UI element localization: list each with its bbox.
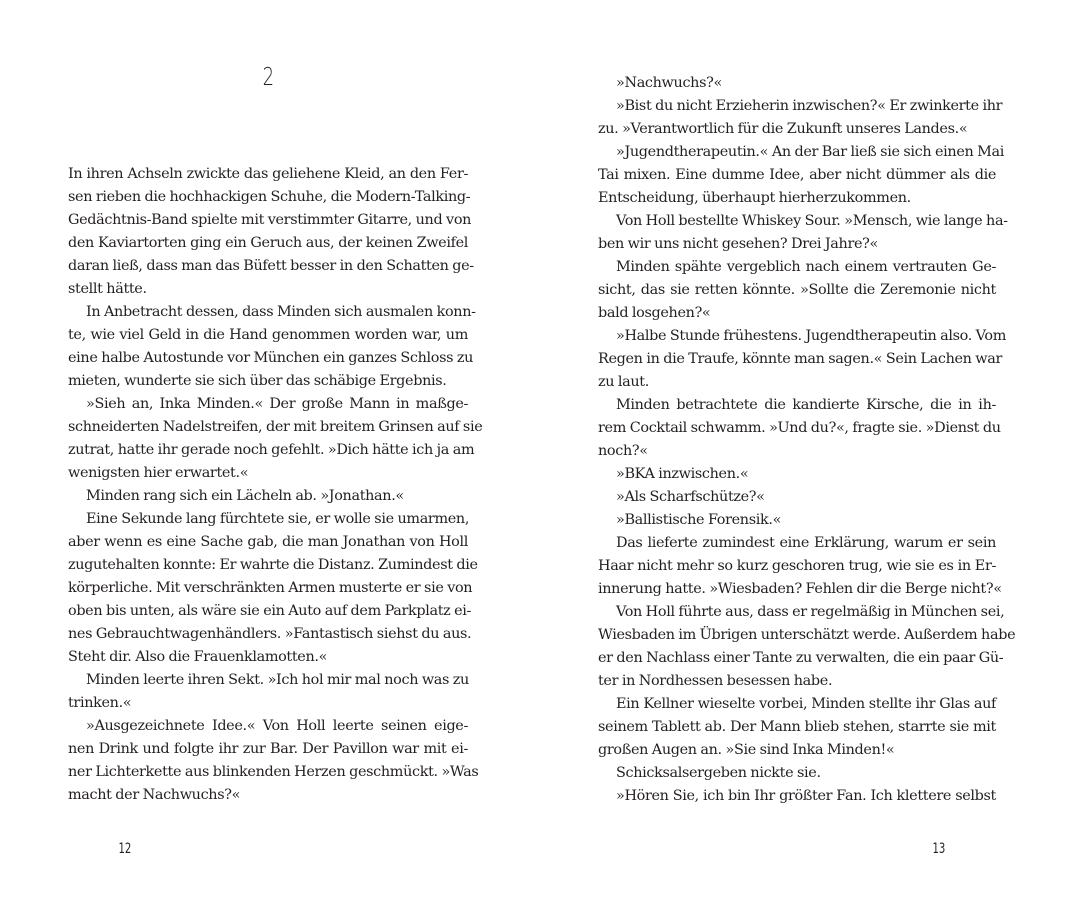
text-line: körperliche. Mit verschränkten Armen mus… — [68, 577, 468, 600]
text-line: oben bis unten, als wäre sie ein Auto au… — [68, 600, 468, 623]
text-line: sen rieben die hochhackigen Schuhe, die … — [68, 186, 468, 209]
text-line: Haar nicht mehr so kurz geschoren trug, … — [598, 555, 996, 578]
text-line: zugutehalten konnte: Er wahrte die Dista… — [68, 554, 468, 577]
text-line: großen Augen an. »Sie sind Inka Minden!« — [598, 739, 996, 762]
text-line: Gedächtnis-Band spielte mit verstimmter … — [68, 209, 468, 232]
text-line: zu. »Verantwortlich für die Zukunft unse… — [598, 118, 996, 141]
text-line: Wiesbaden im Übrigen unterschätzt werde.… — [598, 624, 996, 647]
text-line: noch?« — [598, 440, 996, 463]
text-line: zu laut. — [598, 371, 996, 394]
text-line: macht der Nachwuchs?« — [68, 784, 468, 807]
text-line: Von Holl führte aus, dass er regelmäßig … — [598, 601, 996, 624]
chapter-number: 2 — [258, 62, 278, 91]
text-line: »Ausgezeichnete Idee.« Von Holl leerte s… — [68, 715, 468, 738]
text-line: Eine Sekunde lang fürchtete sie, er woll… — [68, 508, 468, 531]
text-line: ner Lichterkette aus blinkenden Herzen g… — [68, 761, 468, 784]
text-line: Tai mixen. Eine dumme Idee, aber nicht d… — [598, 164, 996, 187]
text-line: »Sieh an, Inka Minden.« Der große Mann i… — [68, 393, 468, 416]
text-line: Von Holl bestellte Whiskey Sour. »Mensch… — [598, 210, 996, 233]
text-line: bald losgehen?« — [598, 302, 996, 325]
text-line: den Kaviartorten ging ein Geruch aus, de… — [68, 232, 468, 255]
text-line: »Hören Sie, ich bin Ihr größter Fan. Ich… — [598, 785, 996, 808]
text-line: daran ließ, dass man das Büfett besser i… — [68, 255, 468, 278]
text-line: innerung hatte. »Wiesbaden? Fehlen dir d… — [598, 578, 996, 601]
text-line: Schicksalsergeben nickte sie. — [598, 762, 996, 785]
text-line: Ein Kellner wieselte vorbei, Minden stel… — [598, 693, 996, 716]
text-line: »Nachwuchs?« — [598, 72, 996, 95]
right-page: »Nachwuchs?«»Bist du nicht Erzieherin in… — [533, 0, 1066, 905]
left-page: 2 In ihren Achseln zwickte das geliehene… — [0, 0, 533, 905]
text-line: Minden betrachtete die kandierte Kirsche… — [598, 394, 996, 417]
text-line: mieten, wunderte sie sich über das schäb… — [68, 370, 468, 393]
text-line: schneiderten Nadelstreifen, der mit brei… — [68, 416, 468, 439]
text-line: Minden spähte vergeblich nach einem vert… — [598, 256, 996, 279]
text-line: rem Cocktail schwamm. »Und du?«, fragte … — [598, 417, 996, 440]
text-line: trinken.« — [68, 692, 468, 715]
text-line: zutrat, hatte ihr gerade noch gefehlt. »… — [68, 439, 468, 462]
text-line: »Bist du nicht Erzieherin inzwischen?« E… — [598, 95, 996, 118]
text-line: seinem Tablett ab. Der Mann blieb stehen… — [598, 716, 996, 739]
text-line: In Anbetracht dessen, dass Minden sich a… — [68, 301, 468, 324]
text-line: Das lieferte zumindest eine Erklärung, w… — [598, 532, 996, 555]
text-line: »Als Scharfschütze?« — [598, 486, 996, 509]
text-line: ben wir uns nicht gesehen? Drei Jahre?« — [598, 233, 996, 256]
left-page-body-text: In ihren Achseln zwickte das geliehene K… — [68, 163, 468, 807]
text-line: ter in Nordhessen besessen habe. — [598, 670, 996, 693]
text-line: In ihren Achseln zwickte das geliehene K… — [68, 163, 468, 186]
text-line: Steht dir. Also die Frauenklamotten.« — [68, 646, 468, 669]
text-line: er den Nachlass einer Tante zu verwalten… — [598, 647, 996, 670]
page-number-left: 12 — [118, 841, 131, 857]
text-line: sicht, das sie retten könnte. »Sollte di… — [598, 279, 996, 302]
text-line: »Jugendtherapeutin.« An der Bar ließ sie… — [598, 141, 996, 164]
text-line: Minden rang sich ein Lächeln ab. »Jonath… — [68, 485, 468, 508]
text-line: wenigsten hier erwartet.« — [68, 462, 468, 485]
text-line: Minden leerte ihren Sekt. »Ich hol mir m… — [68, 669, 468, 692]
text-line: »Halbe Stunde frühestens. Jugendtherapeu… — [598, 325, 996, 348]
right-page-body-text: »Nachwuchs?«»Bist du nicht Erzieherin in… — [598, 72, 996, 808]
text-line: te, wie viel Geld in die Hand genommen w… — [68, 324, 468, 347]
text-line: eine halbe Autostunde vor München ein ga… — [68, 347, 468, 370]
text-line: stellt hätte. — [68, 278, 468, 301]
page-number-right: 13 — [932, 841, 945, 857]
text-line: »BKA inzwischen.« — [598, 463, 996, 486]
text-line: Regen in die Traufe, könnte man sagen.« … — [598, 348, 996, 371]
text-line: »Ballistische Forensik.« — [598, 509, 996, 532]
text-line: nen Drink und folgte ihr zur Bar. Der Pa… — [68, 738, 468, 761]
text-line: Entscheidung, überhaupt hierherzukommen. — [598, 187, 996, 210]
text-line: nes Gebrauchtwagenhändlers. »Fantastisch… — [68, 623, 468, 646]
text-line: aber wenn es eine Sache gab, die man Jon… — [68, 531, 468, 554]
